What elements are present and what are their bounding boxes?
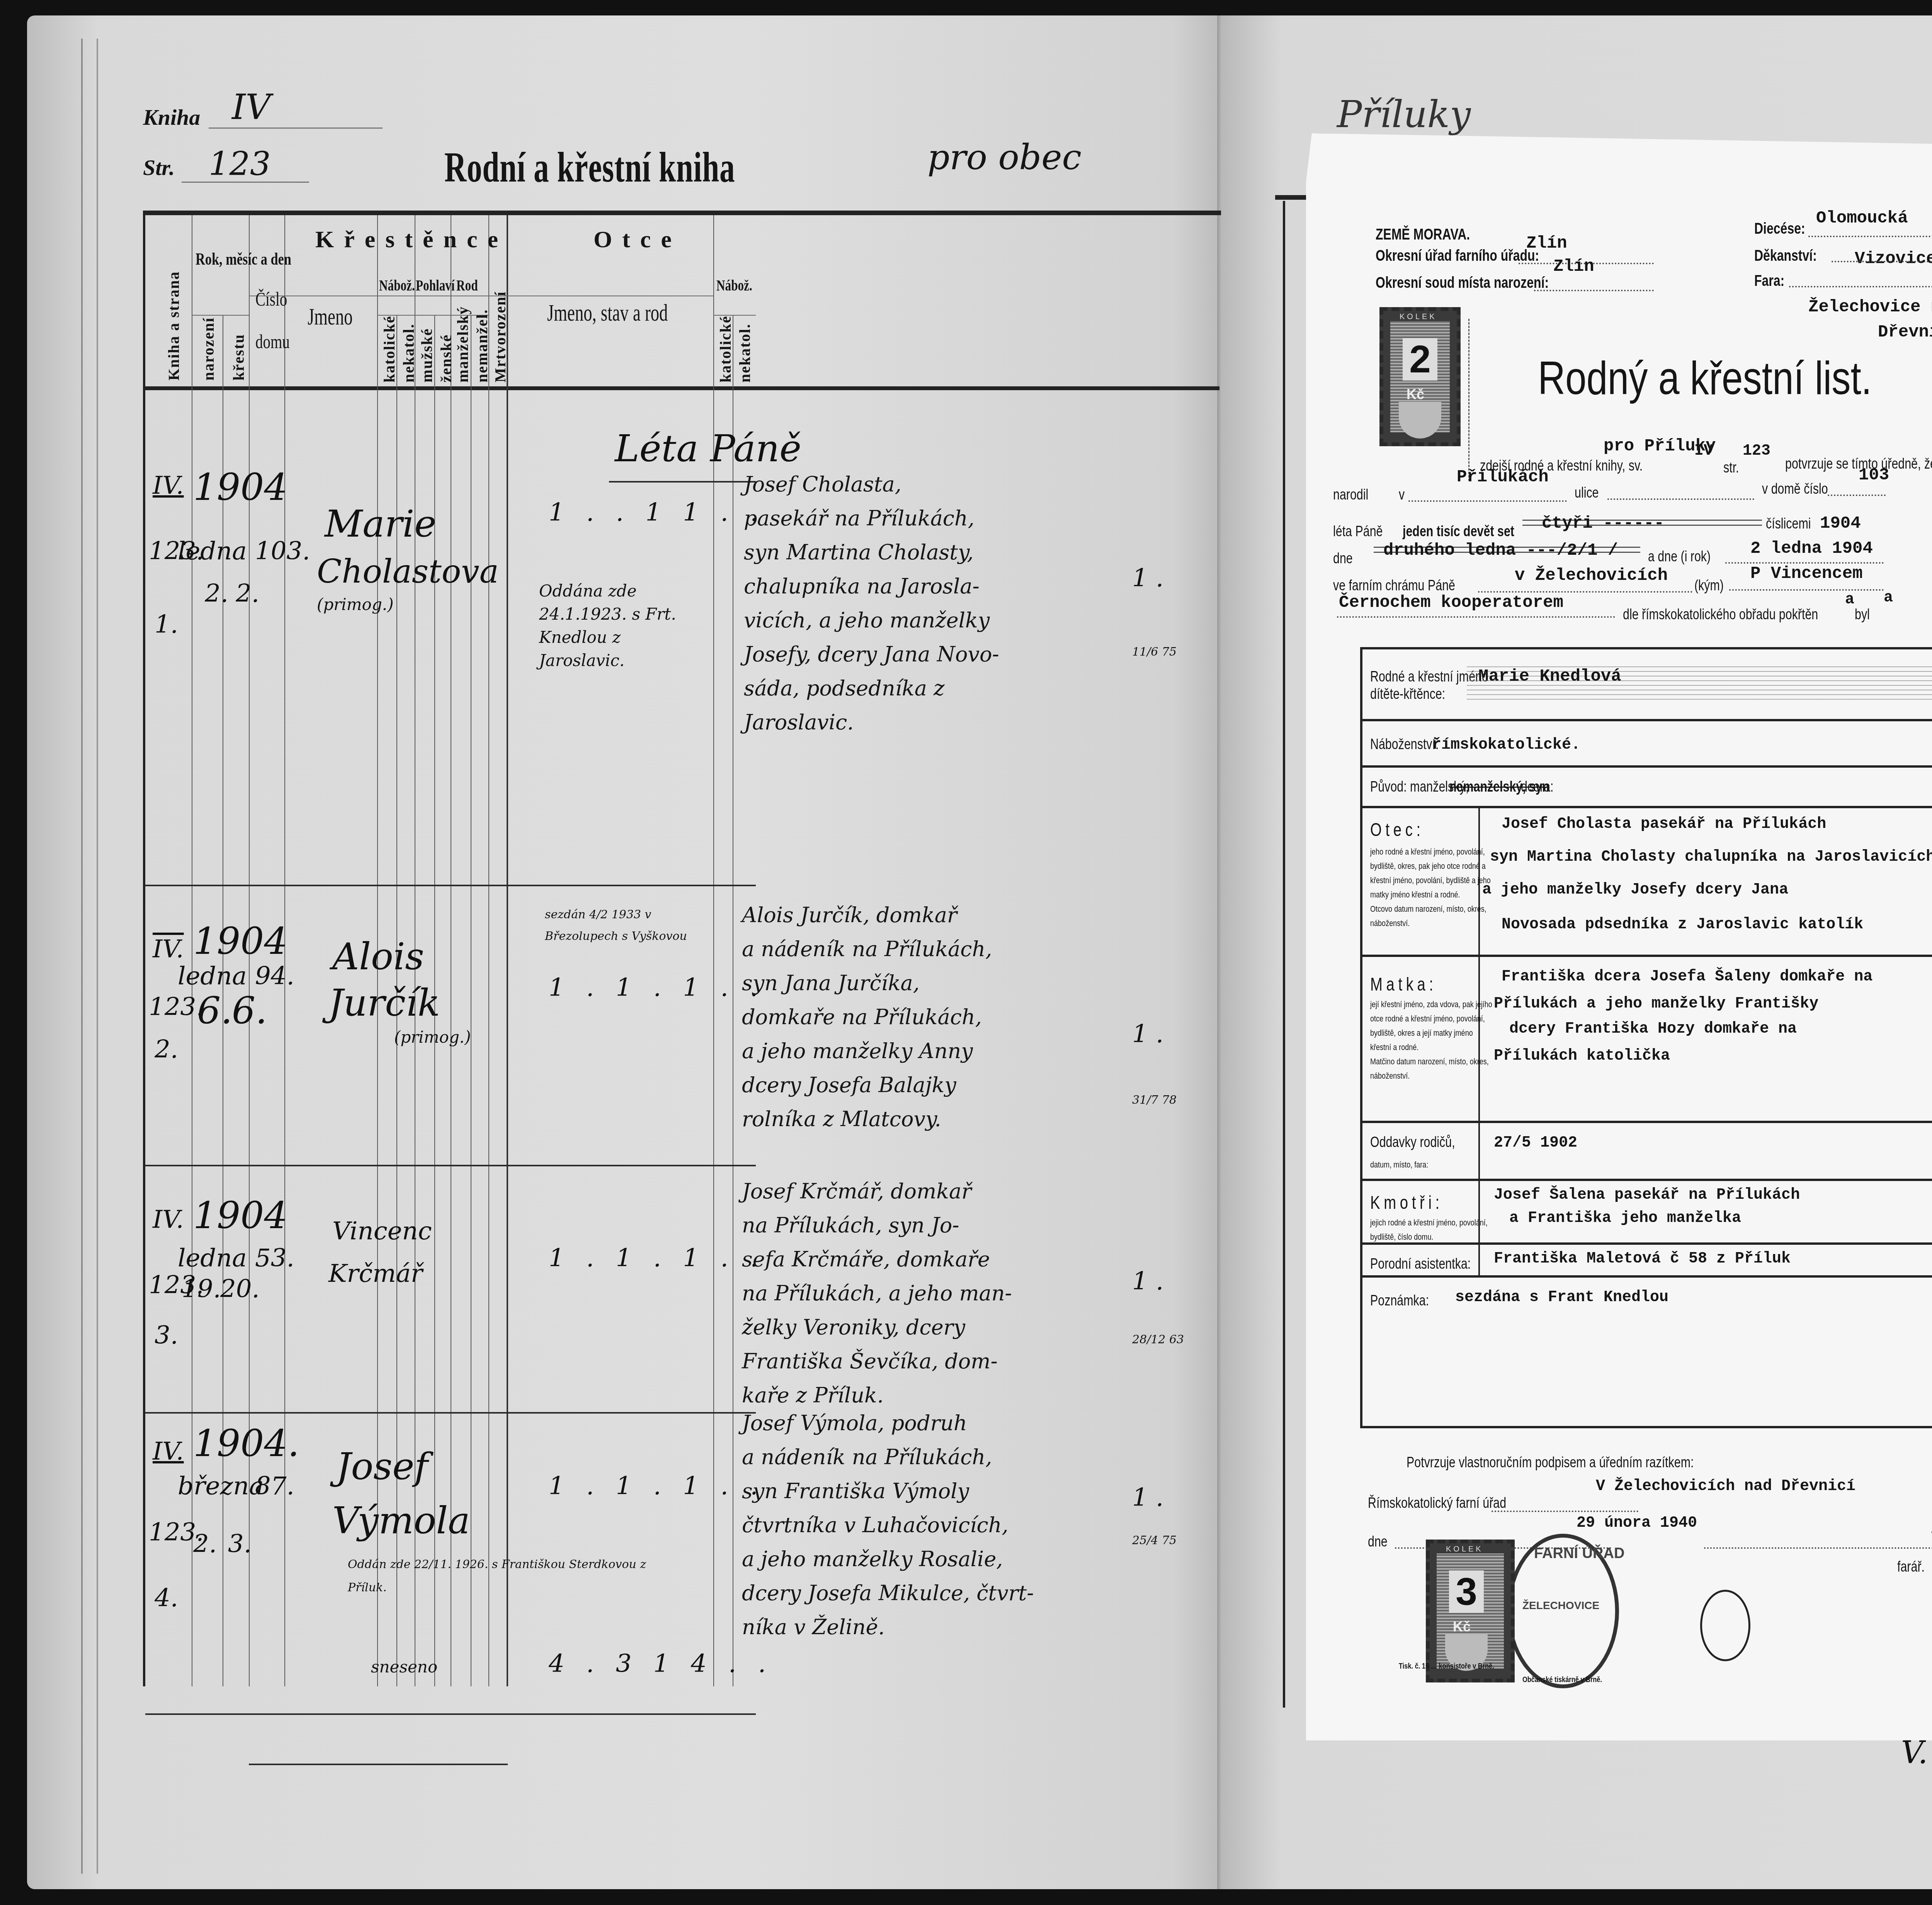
fara-value-2: Dřevnicí bbox=[1878, 323, 1932, 342]
str-underline bbox=[182, 182, 309, 183]
col-naboz: Nábož. bbox=[379, 276, 415, 294]
okresni-soud-value: Zlín bbox=[1553, 257, 1594, 276]
chram-value: v Želechovicích bbox=[1515, 566, 1668, 585]
register-table: Křestěnce Otce Kniha a strana Rok, měsíc… bbox=[143, 211, 1219, 1686]
religion-value: římskokatolické. bbox=[1432, 736, 1580, 754]
col-rok-mesic-den: Rok, měsíc a den bbox=[196, 249, 291, 269]
okresni-soud-label: Okresní soud místa narození: bbox=[1376, 274, 1549, 292]
parish-seal: FARNÍ ÚŘAD ŽELECHOVICE bbox=[1507, 1534, 1619, 1688]
col-nekatol: nekatol. bbox=[400, 323, 418, 382]
okresni-urad-value: Zlín bbox=[1526, 234, 1567, 253]
parish-office-value: V Želechovicích nad Dřevnicí bbox=[1596, 1478, 1855, 1495]
father-description: Alois Jurčík, domkař a nádeník na Příluk… bbox=[742, 898, 992, 1136]
right-table-left-rule bbox=[1283, 201, 1285, 1708]
col-kniha-strana: Kniha a strana bbox=[165, 271, 183, 381]
kniha-underline bbox=[209, 127, 383, 129]
group-otce: Otce bbox=[594, 226, 682, 253]
page-edge-strip bbox=[81, 39, 98, 1874]
revenue-stamp-2kc: KOLEK 2 Kč bbox=[1379, 307, 1461, 446]
parents-marriage-value: 27/5 1902 bbox=[1494, 1134, 1577, 1152]
col-manzelsky: manželský bbox=[454, 306, 472, 382]
col-otce-nekatol: nekatol. bbox=[736, 323, 754, 382]
kym-value-2: Černochem kooperatorem bbox=[1339, 593, 1563, 612]
seal-placeholder-circle bbox=[1700, 1590, 1750, 1661]
col-otce-katolicke: katolické bbox=[716, 315, 735, 382]
col-zenske: ženské bbox=[437, 334, 455, 382]
col-krestu: křestu bbox=[230, 334, 248, 381]
col-narozeni: narození bbox=[199, 317, 218, 381]
certificate-title: Rodný a křestní list. bbox=[1538, 352, 1872, 405]
lion-shield-icon bbox=[1399, 402, 1441, 438]
str-label: Str. bbox=[143, 155, 175, 180]
narodil-place: Přílukách bbox=[1457, 467, 1549, 487]
midwife-value: Františka Maletová č 58 z Příluk bbox=[1494, 1250, 1791, 1268]
bottom-signature: V. farář bbox=[1901, 1735, 1932, 1771]
book-scan: Kniha IV Str. 123 Rodní a křestní kniha … bbox=[0, 0, 1932, 1905]
svazek-value: IV bbox=[1694, 442, 1713, 460]
birth-baptism-certificate: Číslo: 250 ZEMĚ MORAVA. Okresní úřad far… bbox=[1306, 133, 1932, 1740]
col-katolicke: katolické bbox=[380, 315, 398, 382]
issue-date-value: 29 února 1940 bbox=[1577, 1514, 1697, 1532]
a-dne-value: 2 ledna 1904 bbox=[1750, 539, 1873, 558]
child-name-value: Marie Knedlová bbox=[1478, 667, 1621, 686]
col-rod: Rod bbox=[456, 276, 478, 294]
sneseno-values: 4 . 3 1 4 . . bbox=[549, 1650, 773, 1678]
dome-value: 103 bbox=[1859, 466, 1889, 485]
father-description: Josef Krčmář, domkař na Přílukách, syn J… bbox=[742, 1174, 1012, 1412]
str-value: 123 bbox=[209, 145, 270, 183]
cislicemi-value: 1904 bbox=[1820, 514, 1861, 533]
col-cislo: Číslo bbox=[255, 288, 287, 310]
dekanstvi-value: Vizovice bbox=[1855, 249, 1932, 269]
note-value: sezdána s Frant Knedlou bbox=[1455, 1289, 1668, 1306]
register-title-hand: pro obec bbox=[927, 137, 1082, 178]
father-description: Josef Výmola, podruh a nádeník na Příluk… bbox=[742, 1406, 1034, 1644]
diecese-value: Olomoucká bbox=[1816, 209, 1908, 228]
leta-value: čtyři ------ bbox=[1542, 514, 1664, 533]
strana-value: 123 bbox=[1743, 442, 1770, 460]
col-otce-jmeno: Jmeno, stav a rod bbox=[547, 299, 668, 327]
kniha-label: Kniha bbox=[143, 104, 200, 130]
register-title: Rodní a křestní kniha bbox=[444, 143, 735, 192]
okresni-urad-label: Okresní úřad farního úřadu: bbox=[1376, 247, 1539, 265]
diecese-label: Diecése: bbox=[1754, 220, 1805, 238]
col-domu: domu bbox=[255, 330, 290, 353]
col-otce-naboz: Nábož. bbox=[716, 276, 752, 294]
certificate-details-box: Rodné a křestní jméno dítěte-křtěnce: Ma… bbox=[1360, 647, 1932, 1428]
father-description: Josef Cholasta, pasekář na Přílukách, sy… bbox=[744, 467, 999, 739]
kniha-value: IV bbox=[232, 87, 271, 127]
col-pohlavi: Pohlaví bbox=[416, 276, 455, 294]
zeme-label: ZEMĚ MORAVA. bbox=[1376, 226, 1470, 243]
group-krestence: Křestěnce bbox=[315, 226, 508, 253]
fara-value-1: Želechovice nad bbox=[1808, 297, 1932, 317]
sneseno-label: sneseno bbox=[371, 1657, 437, 1676]
dne-value: druhého ledna ---/2/1 / bbox=[1383, 541, 1618, 560]
col-jmeno: Jmeno bbox=[308, 303, 353, 331]
header-bottom-rule bbox=[145, 386, 1219, 390]
dekanstvi-label: Děkanství: bbox=[1754, 247, 1817, 265]
right-page-hand-heading: Příluky bbox=[1337, 93, 1471, 136]
leta-pane: Léta Páně bbox=[615, 427, 801, 470]
col-muzske: mužské bbox=[418, 328, 436, 382]
table-top-rule bbox=[143, 211, 1221, 215]
col-nemanzel: nemanžel. bbox=[473, 309, 491, 382]
kym-value: P Vincencem bbox=[1750, 564, 1862, 583]
col-mrtvorozeni: Mrtvorození bbox=[491, 291, 509, 382]
fara-label: Fara: bbox=[1754, 272, 1784, 290]
